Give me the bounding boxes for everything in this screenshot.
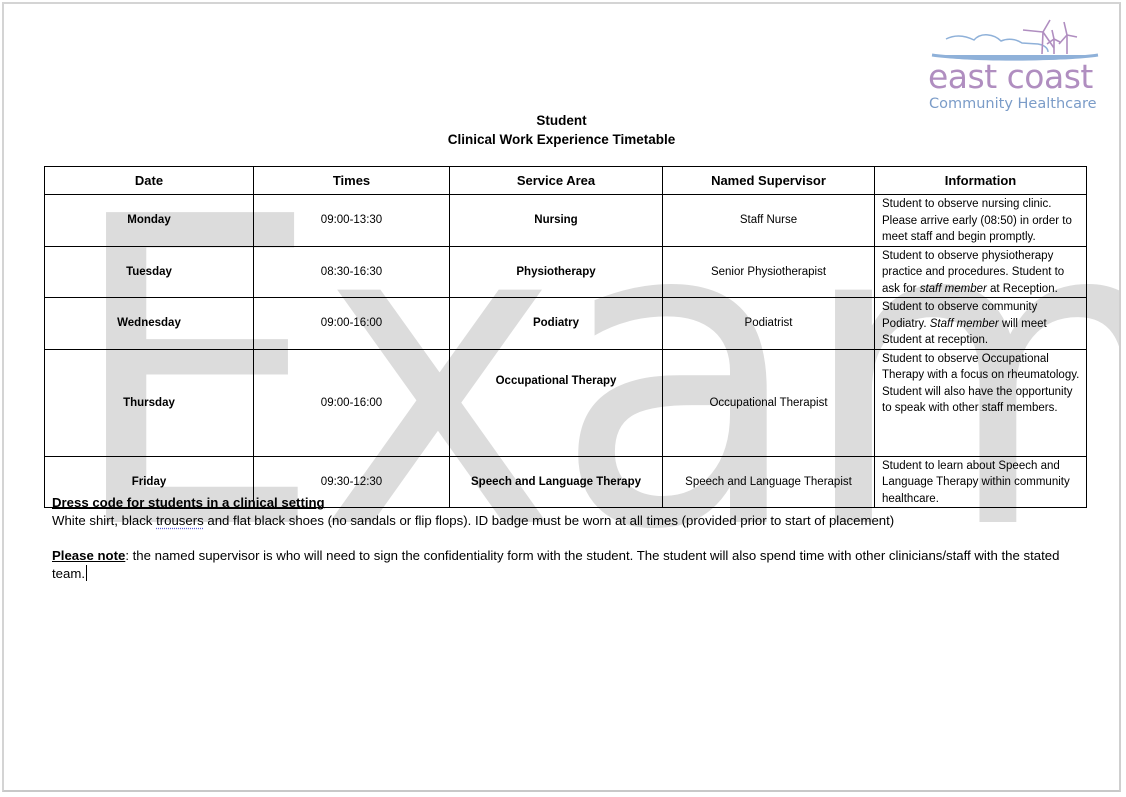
document-page[interactable]: Example east coast Community Healthcare … <box>2 2 1121 792</box>
table-row: Wednesday09:00-16:00PodiatryPodiatristSt… <box>45 298 1087 350</box>
table-row: Monday09:00-13:30NursingStaff NurseStude… <box>45 195 1087 247</box>
header-information: Information <box>875 167 1087 195</box>
cell-times: 09:00-16:00 <box>254 298 450 350</box>
dress-code-heading: Dress code for students in a clinical se… <box>52 494 1082 512</box>
cell-supervisor: Occupational Therapist <box>663 349 875 456</box>
info-emphasis: staff member <box>920 283 987 295</box>
spelling-flagged-word[interactable]: trousers <box>156 513 204 528</box>
table-row: Tuesday08:30-16:30PhysiotherapySenior Ph… <box>45 246 1087 298</box>
header-named-supervisor: Named Supervisor <box>663 167 875 195</box>
title-line-2: Clinical Work Experience Timetable <box>4 130 1119 149</box>
info-text: Student to observe Occupational Therapy … <box>882 353 1079 415</box>
cell-supervisor: Senior Physiotherapist <box>663 246 875 298</box>
please-note-label: Please note <box>52 548 125 563</box>
cell-information: Student to observe Occupational Therapy … <box>875 349 1087 456</box>
table-row: Thursday09:00-16:00Occupational TherapyO… <box>45 349 1087 456</box>
table-header-row: Date Times Service Area Named Supervisor… <box>45 167 1087 195</box>
cell-times: 09:00-13:30 <box>254 195 450 247</box>
dress-code-text: White shirt, black trousers and flat bla… <box>52 512 1082 530</box>
cell-date: Monday <box>45 195 254 247</box>
info-text: Student to observe nursing clinic. Pleas… <box>882 198 1072 243</box>
cell-date: Tuesday <box>45 246 254 298</box>
cell-supervisor: Staff Nurse <box>663 195 875 247</box>
cell-information: Student to observe community Podiatry. S… <box>875 298 1087 350</box>
cell-supervisor: Podiatrist <box>663 298 875 350</box>
title-line-1: Student <box>4 111 1119 130</box>
header-times: Times <box>254 167 450 195</box>
please-note-paragraph[interactable]: Please note: the named supervisor is who… <box>52 547 1082 583</box>
cell-date: Thursday <box>45 349 254 456</box>
cell-information: Student to observe physiotherapy practic… <box>875 246 1087 298</box>
cell-times: 08:30-16:30 <box>254 246 450 298</box>
info-text: at Reception. <box>987 283 1058 295</box>
cell-times: 09:00-16:00 <box>254 349 450 456</box>
header-service-area: Service Area <box>450 167 663 195</box>
logo-subtitle: Community Healthcare <box>929 97 1097 112</box>
cell-date: Wednesday <box>45 298 254 350</box>
timetable: Date Times Service Area Named Supervisor… <box>44 166 1087 508</box>
cell-service-area: Occupational Therapy <box>450 349 663 456</box>
text-cursor <box>86 565 87 581</box>
info-emphasis: Staff member <box>930 318 999 330</box>
dress-code-text-part: White shirt, black <box>52 513 156 528</box>
cell-service-area: Nursing <box>450 195 663 247</box>
cell-service-area: Podiatry <box>450 298 663 350</box>
document-title: Student Clinical Work Experience Timetab… <box>4 111 1119 149</box>
please-note-text: : the named supervisor is who will need … <box>52 548 1059 581</box>
notes-section: Dress code for students in a clinical se… <box>52 494 1082 583</box>
dress-code-text-part: and flat black shoes (no sandals or flip… <box>204 513 894 528</box>
cell-information: Student to observe nursing clinic. Pleas… <box>875 195 1087 247</box>
logo-name: east coast <box>928 60 1093 93</box>
cell-service-area: Physiotherapy <box>450 246 663 298</box>
header-date: Date <box>45 167 254 195</box>
